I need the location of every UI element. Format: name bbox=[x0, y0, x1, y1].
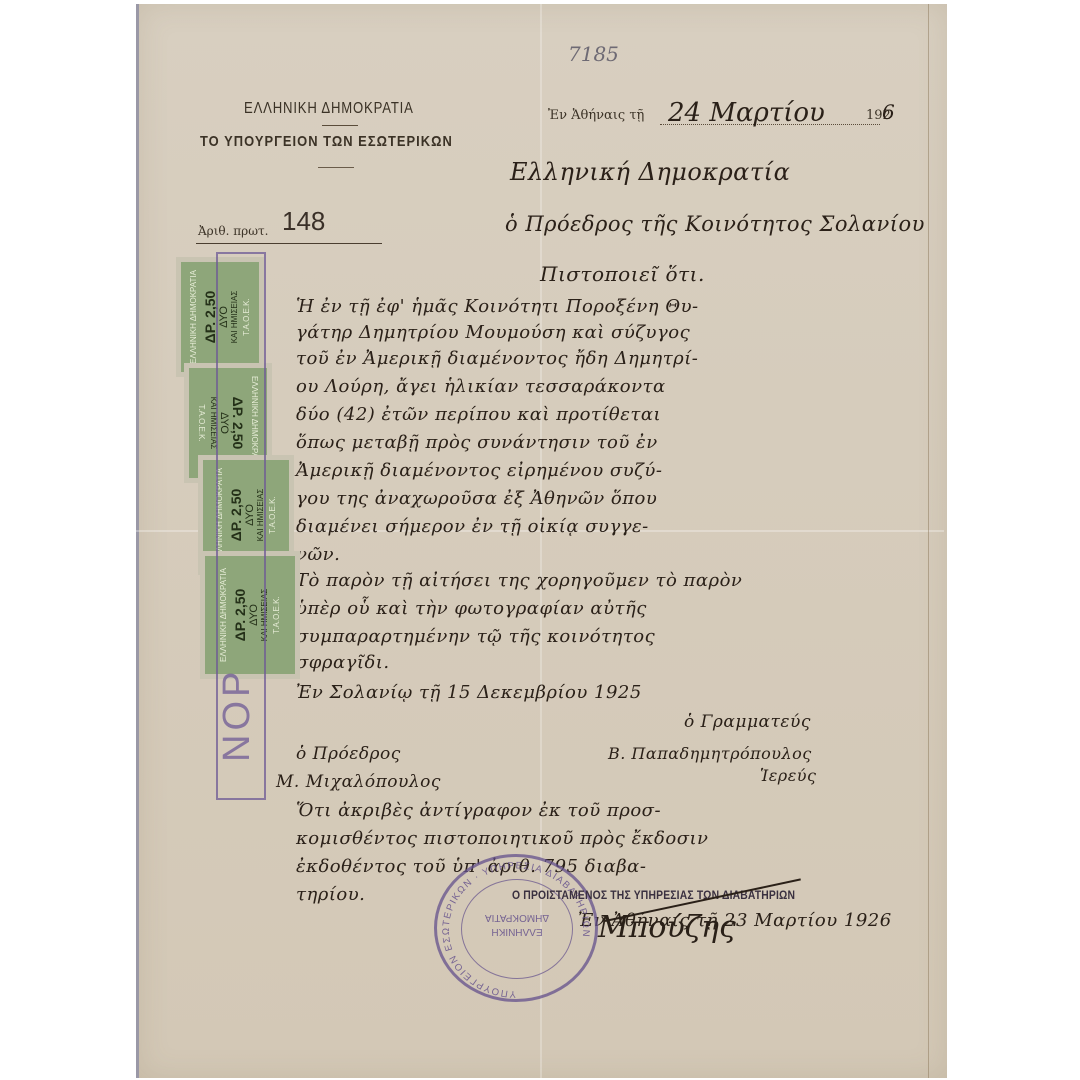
handwritten-line: Μ. Μιχαλόπουλος bbox=[276, 772, 441, 792]
handwritten-line: δύο (42) ἐτῶν περίπου καὶ προτίθεται bbox=[296, 404, 661, 425]
handwritten-line: Ἐν Σολανίῳ τῇ 15 Δεκεμβρίου 1925 bbox=[296, 682, 642, 703]
official-title: Ο ΠΡΟΙΣΤΑΜΕΝΟΣ ΤΗΣ ΥΠΗΡΕΣΙΑΣ ΤΩΝ ΔΙΑΒΑΤΗ… bbox=[512, 890, 795, 902]
handwritten-line: ὁ Πρόεδρος τῆς Κοινότητος Σολανίου bbox=[505, 212, 925, 236]
handwritten-line: σφραγῖδι. bbox=[296, 652, 390, 673]
letterhead-ministry: ΤΟ ΥΠΟΥΡΓΕΙΟΝ ΤΩΝ ΕΣΩΤΕΡΙΚΩΝ bbox=[200, 133, 453, 150]
handwritten-line: γου της ἀναχωροῦσα ἐξ Ἀθηνῶν ὅπου bbox=[296, 488, 657, 509]
handwritten-line: κομισθέντος πιστοποιητικοῦ πρὸς ἔκδοσιν bbox=[296, 828, 709, 849]
handwritten-line: ὅπως μεταβῇ πρὸς συνάντησιν τοῦ ἐν bbox=[296, 432, 658, 453]
handwritten-line: Ἱερεύς bbox=[760, 766, 816, 785]
handwritten-line: συμπαραρτημένην τῷ τῆς κοινότητος bbox=[296, 626, 655, 647]
signature: Μπούζης bbox=[598, 910, 736, 945]
cancellation-stamp-text: ΝΟΡ bbox=[216, 640, 266, 790]
handwritten-line: Πιστοποιεῖ ὅτι. bbox=[540, 262, 705, 286]
protocol-label: Ἀριθ. πρωτ. bbox=[198, 224, 268, 238]
archive-number: 7185 bbox=[568, 42, 619, 66]
seal-center-line-2: ΔΗΜΟΚΡΑΤΙΑ bbox=[462, 910, 572, 924]
protocol-underline bbox=[196, 243, 382, 244]
handwritten-line: τοῦ ἐν Ἀμερικῇ διαμένοντος ἤδη Δημητρί- bbox=[296, 348, 698, 369]
stamp-code: Τ.Α.Ο.Ε.Κ. bbox=[272, 560, 281, 670]
place-date-line: Ἐν Ἀθήναις τῇ 192 bbox=[548, 108, 644, 123]
place-date-prefix: Ἐν Ἀθήναις τῇ bbox=[548, 108, 644, 123]
handwritten-line: διαμένει σήμερον ἐν τῇ οἰκίᾳ συγγε- bbox=[296, 516, 649, 537]
letterhead-rule bbox=[322, 125, 358, 126]
handwritten-line: Ἀμερικῇ διαμένοντος εἰρημένου συζύ- bbox=[296, 460, 662, 481]
handwritten-line: Ἡ ἐν τῇ ἐφ' ἡμᾶς Κοινότητι Ποροξένη Θυ- bbox=[296, 296, 699, 317]
handwritten-date: 24 Μαρτίου bbox=[668, 98, 825, 128]
handwritten-line: ὑπὲρ οὗ καὶ τὴν φωτογραφίαν αὐτῆς bbox=[296, 598, 647, 619]
handwritten-line: γάτηρ Δημητρίου Μουμούση καὶ σύζυγος bbox=[296, 322, 690, 343]
paper-edge-crease bbox=[928, 4, 929, 1078]
stamp-issuer: ΕΛΛΗΝΙΚΗ ΔΗΜΟΚΡΑΤΙΑ bbox=[189, 262, 198, 372]
handwritten-line: Τὸ παρὸν τῇ αἰτήσει της χορηγοῦμεν τὸ πα… bbox=[296, 570, 742, 591]
handwritten-line: ου Λούρη, ἄγει ἡλικίαν τεσσαράκοντα bbox=[296, 376, 666, 397]
handwritten-line: τηρίου. bbox=[296, 884, 365, 905]
handwritten-year-digit: 6 bbox=[882, 100, 895, 124]
seal-center-text: ΕΛΛΗΝΙΚΗ ΔΗΜΟΚΡΑΤΙΑ bbox=[462, 910, 572, 938]
handwritten-line: Β. Παπαδημητρόπουλος bbox=[608, 744, 812, 763]
handwritten-line: Ὅτι ἀκριβὲς ἀντίγραφον ἐκ τοῦ προσ- bbox=[296, 800, 661, 821]
handwritten-line: Ελληνική Δημοκρατία bbox=[510, 158, 790, 186]
official-seal: ΥΠΟΥΡΓΕΙΟΝ ΕΣΩΤΕΡΙΚΩΝ · ΥΠΗΡΕΣΙΑ ΔΙΑΒΑΤΗ… bbox=[434, 854, 598, 1002]
letterhead-state: ΕΛΛΗΝΙΚΗ ΔΗΜΟΚΡΑΤΙΑ bbox=[244, 100, 414, 118]
handwritten-line: ὁ Γραμματεύς bbox=[684, 712, 811, 732]
letterhead-ornament bbox=[318, 167, 354, 168]
seal-center-line-1: ΕΛΛΗΝΙΚΗ bbox=[462, 924, 572, 938]
handwritten-line: ὁ Πρόεδρος bbox=[296, 744, 401, 764]
protocol-number: 148 bbox=[282, 206, 325, 237]
